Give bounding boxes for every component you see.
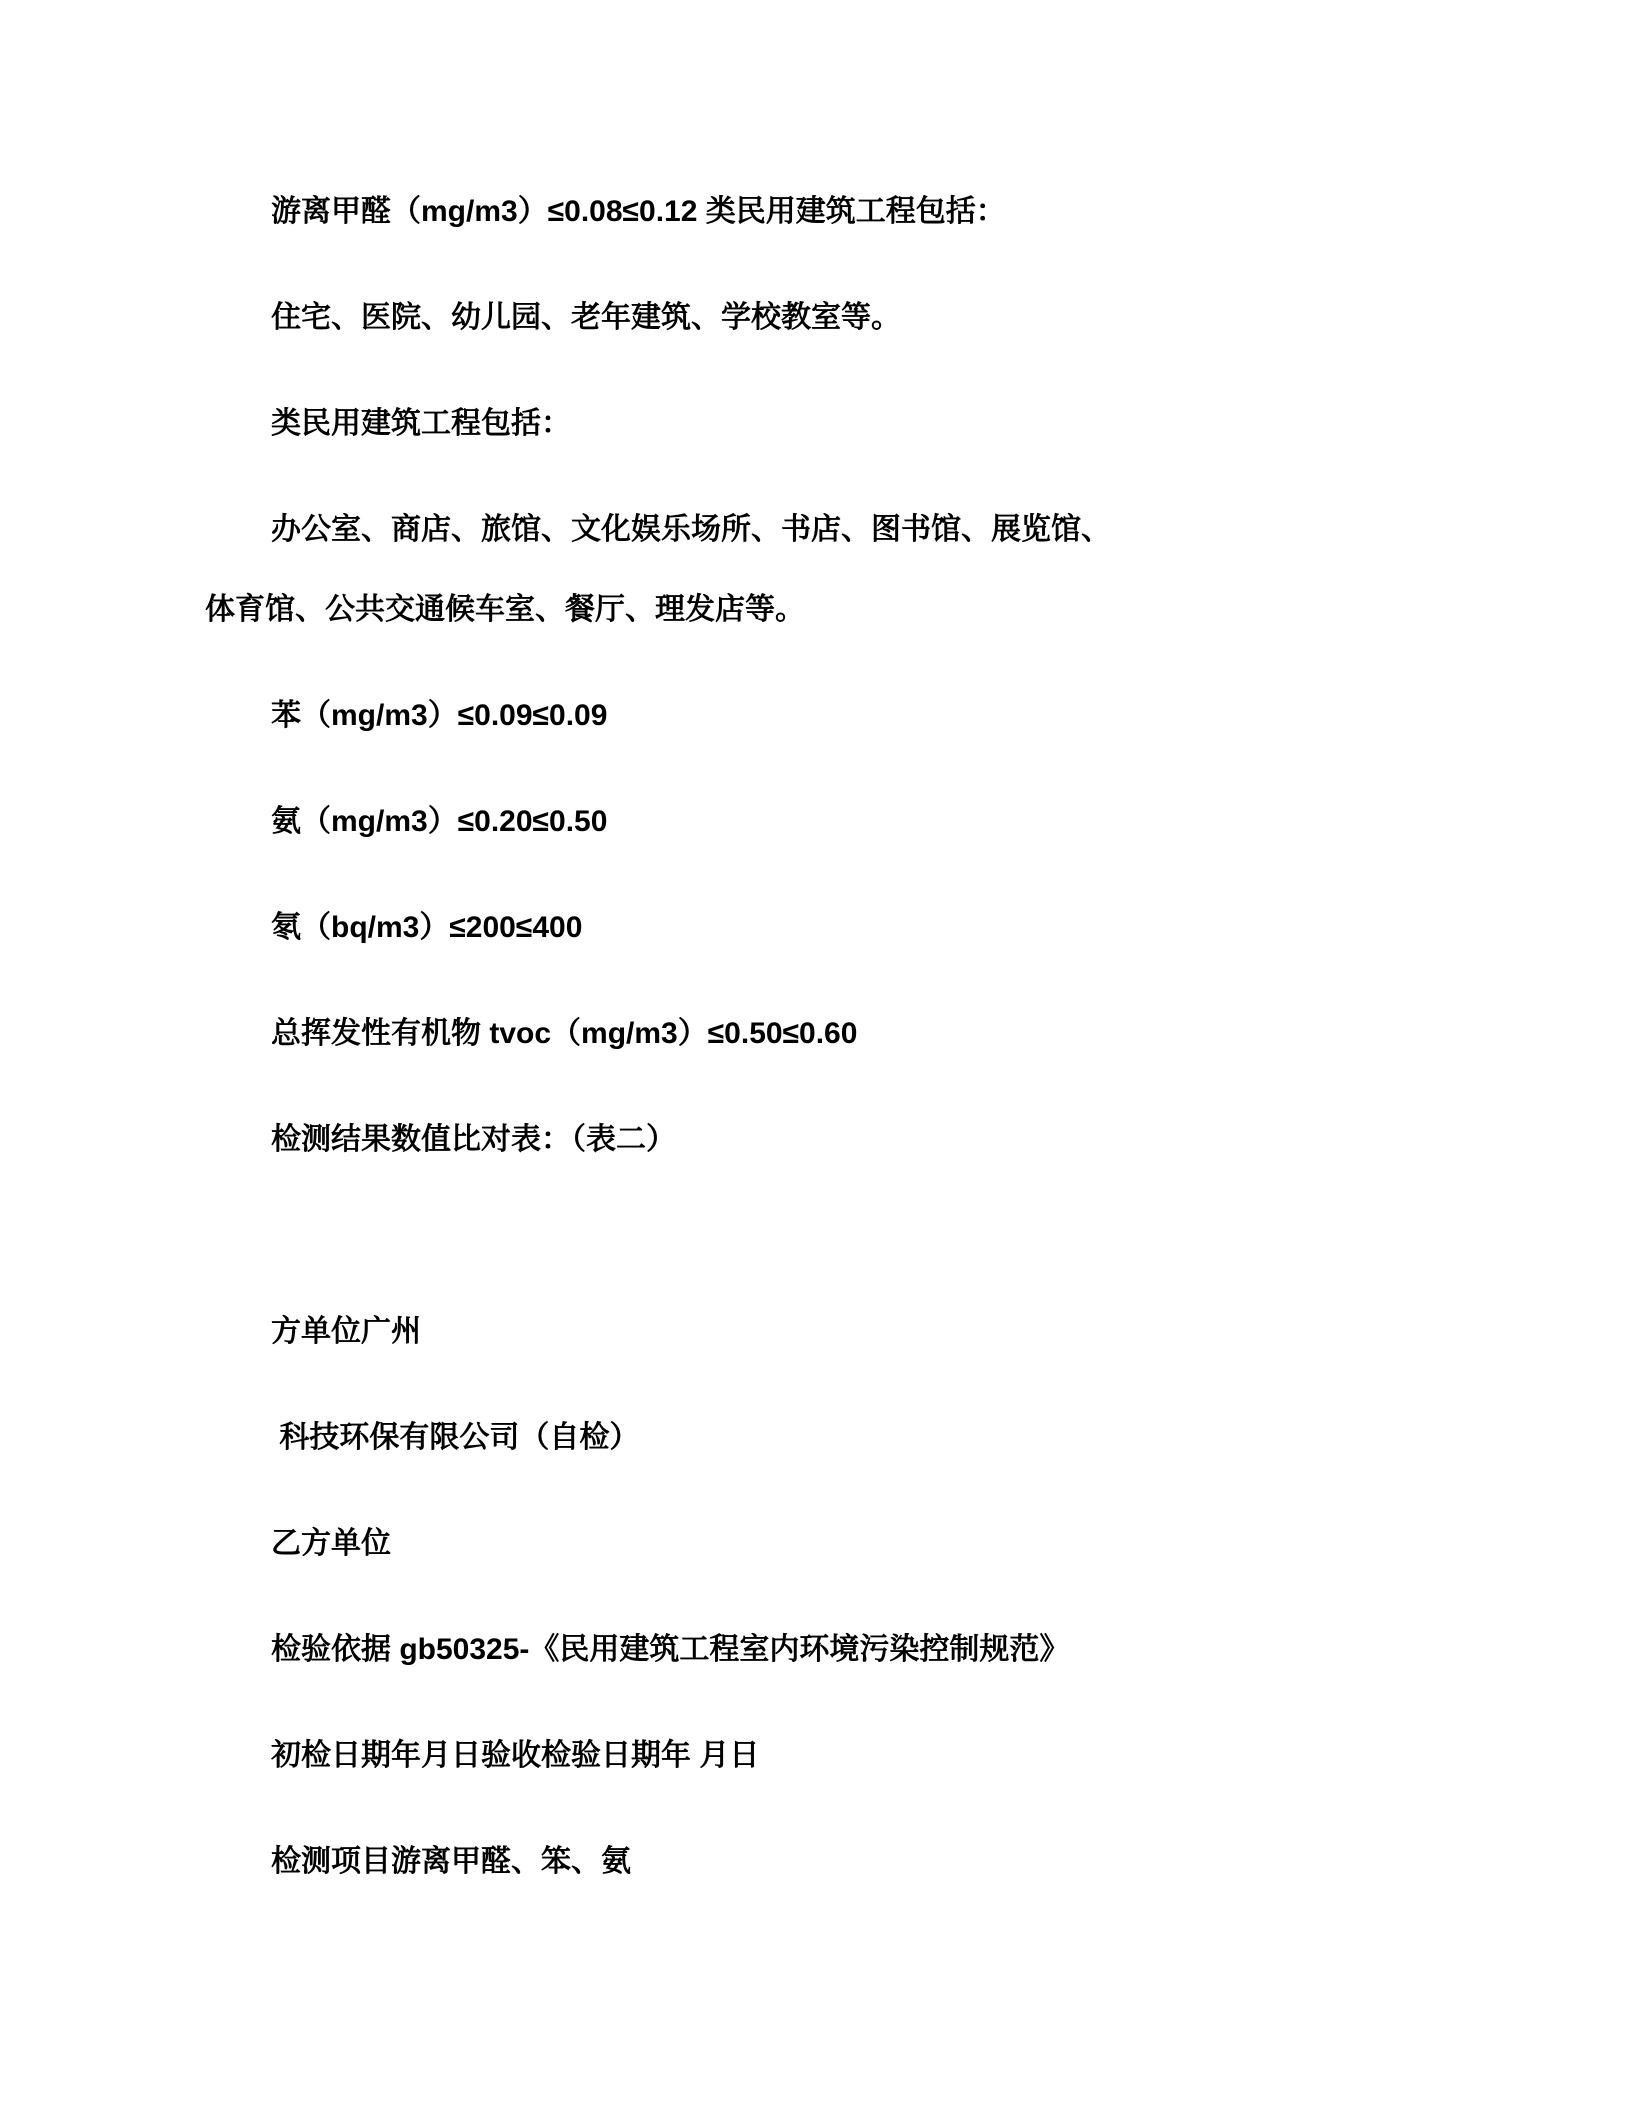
blank-line (205, 1206, 1482, 1292)
line-inspection-dates: 初检日期年月日验收检验日期年 月日 (205, 1716, 1482, 1796)
line-tvoc-limit: 总挥发性有机物 tvoc（mg/m3）≤0.50≤0.60 (205, 994, 1482, 1074)
line-ammonia-limit: 氨（mg/m3）≤0.20≤0.50 (205, 782, 1482, 862)
line-radon-limit: 氡（bq/m3）≤200≤400 (205, 888, 1482, 968)
line-party-a-unit: 方单位广州 (205, 1292, 1482, 1372)
line-class2-heading: 类民用建筑工程包括： (205, 384, 1482, 464)
line-class2-building-types-1: 办公室、商店、旅馆、文化娱乐场所、书店、图书馆、展览馆、 (205, 490, 1482, 570)
line-party-b-unit: 乙方单位 (205, 1504, 1482, 1584)
line-company-name: 科技环保有限公司（自检） (205, 1398, 1482, 1478)
line-result-table-caption: 检测结果数值比对表：（表二） (205, 1100, 1482, 1180)
document-body: 游离甲醛（mg/m3）≤0.08≤0.12 类民用建筑工程包括： 住宅、医院、幼… (0, 0, 1632, 1902)
line-inspection-basis: 检验依据 gb50325-《民用建筑工程室内环境污染控制规范》 (205, 1610, 1482, 1690)
line-class2-building-types-2: 体育馆、公共交通候车室、餐厅、理发店等。 (205, 570, 1482, 650)
line-inspection-items: 检测项目游离甲醛、笨、氨 (205, 1822, 1482, 1902)
line-benzene-limit: 苯（mg/m3）≤0.09≤0.09 (205, 676, 1482, 756)
line-class1-building-types: 住宅、医院、幼儿园、老年建筑、学校教室等。 (205, 278, 1482, 358)
document-page: 游离甲醛（mg/m3）≤0.08≤0.12 类民用建筑工程包括： 住宅、医院、幼… (0, 0, 1632, 2112)
line-formaldehyde-limit: 游离甲醛（mg/m3）≤0.08≤0.12 类民用建筑工程包括： (205, 172, 1482, 252)
